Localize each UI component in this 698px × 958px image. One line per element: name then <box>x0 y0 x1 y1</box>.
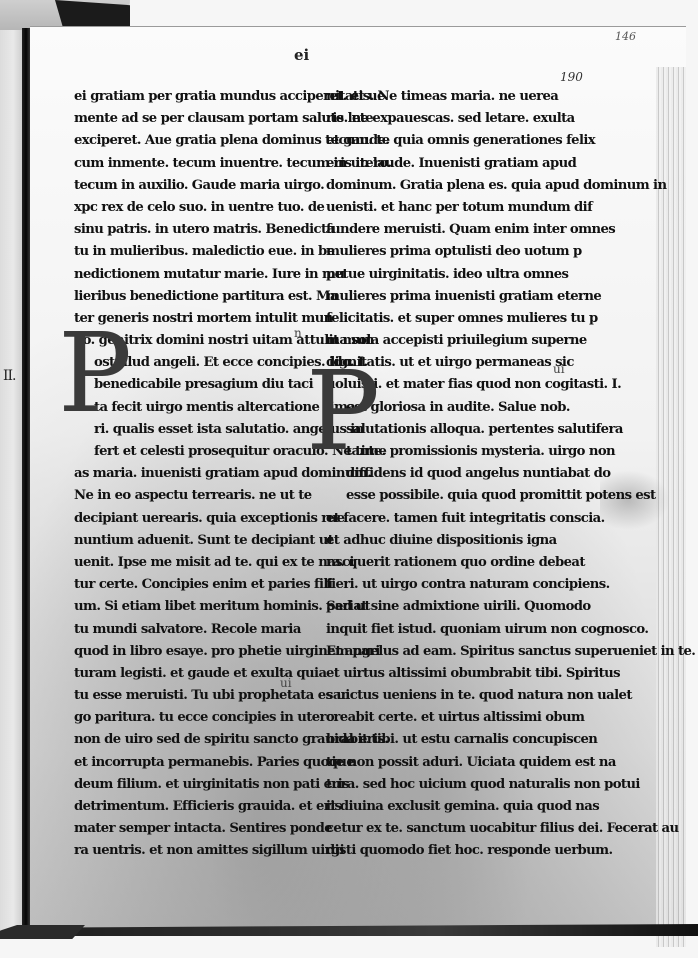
text-line: cetur ex te. sanctum uocabitur filius de… <box>326 818 550 840</box>
text-line: ris. ne expauescas. sed letare. exulta <box>326 108 550 130</box>
text-line: cum inmente. tecum inuentre. tecum in ut… <box>74 153 296 175</box>
text-line: Ne in eo aspectu terrearis. ne ut te <box>74 485 296 507</box>
text-line: decipiant uerearis. quia exceptionis rue <box>74 508 296 530</box>
decorated-initial-p: P <box>58 318 132 428</box>
text-line: exciperet. Aue gratia plena dominus tecu… <box>74 130 296 152</box>
text-line: tura. sed hoc uicium quod naturalis non … <box>326 774 550 796</box>
text-line: fieri. ut uirgo contra naturam concipien… <box>326 574 550 596</box>
marginal-note: n <box>294 326 302 340</box>
text-line: tie non possit aduri. Uiciata quidem est… <box>326 752 550 774</box>
text-line: as maria. inuenisti gratiam apud dominum… <box>74 463 296 485</box>
text-column-left: ei gratiam per gratia mundus acciperet. … <box>74 86 296 863</box>
text-line: fundere meruisti. Quam enim inter omnes <box>326 219 550 241</box>
facing-page-edge <box>0 30 22 930</box>
text-line: et incorrupta permanebis. Paries quoque <box>74 752 296 774</box>
text-line: brabit tibi. ut estu carnalis concupisce… <box>326 729 550 751</box>
text-line: fert et celesti prosequitur oraculo. Ne … <box>74 441 296 463</box>
pencil-foliation: 190 <box>560 70 583 84</box>
text-line: it diuina exclusit gemina. quia quod nas <box>326 796 550 818</box>
text-line: tu mundi salvatore. Recole maria <box>74 619 296 641</box>
text-line: tu in mulieribus. maledictio eue. in be <box>74 241 296 263</box>
text-line: um. Si etiam libet meritum hominis. Sed … <box>74 596 296 618</box>
text-line: Et angelus ad eam. Spiritus sanctus supe… <box>326 641 550 663</box>
text-line: mulieres prima optulisti deo uotum p <box>326 241 550 263</box>
text-line: disti quomodo fiet hoc. responde uerbum. <box>326 840 550 862</box>
text-line: go paritura. tu ecce concipies in utero. <box>74 707 296 729</box>
text-line: sinu patris. in utero matris. Benedicta <box>74 219 296 241</box>
text-line: nuntium aduenit. Sunt te decipiant ut <box>74 530 296 552</box>
text-line: eris in laude. Inuenisti gratiam apud <box>326 153 550 175</box>
text-line: felicitatis. et super omnes mulieres tu … <box>326 308 550 330</box>
text-line: turam legisti. et gaude et exulta quia <box>74 663 296 685</box>
text-line: pariat sine admixtione uirili. Quomodo <box>326 596 550 618</box>
text-line: deum filium. et uirginitatis non pati er… <box>74 774 296 796</box>
text-line: et facere. tamen fuit integritatis consc… <box>326 508 550 530</box>
text-line: et adhuc diuine dispositionis igna <box>326 530 550 552</box>
folio-number: 146 <box>615 30 636 43</box>
text-line: ra. querit rationem quo ordine debeat <box>326 552 550 574</box>
binding-gutter <box>22 28 30 928</box>
text-line: petue uirginitatis. ideo ultra omnes <box>326 264 550 286</box>
text-line: non de uiro sed de spiritu sancto grauid… <box>74 729 296 751</box>
text-line: mente ad se per clausam portam salute le… <box>74 108 296 130</box>
text-line: tu esse meruisti. Tu ubi prophetata es u… <box>74 685 296 707</box>
text-line: uenisti. et hanc per totum mundum dif <box>326 197 550 219</box>
text-line: lieribus benedictione partitura est. Ma <box>74 286 296 308</box>
facing-page-marginal-numeral: II. <box>3 368 16 384</box>
text-line: ra uentris. et non amittes sigillum uirg… <box>74 840 296 862</box>
text-line: inquit fiet istud. quoniam uirum non cog… <box>326 619 550 641</box>
text-line: et uirtus altissimi obumbrabit tibi. Spi… <box>326 663 550 685</box>
text-line: detrimentum. Efficieris grauida. et eris <box>74 796 296 818</box>
text-line: nitatis. Ne timeas maria. ne uerea <box>326 86 550 108</box>
decorated-initial-p: P <box>306 356 380 466</box>
text-line: quod in libro esaye. pro phetie uirginem… <box>74 641 296 663</box>
text-line: esse possibile. quia quod promittit pote… <box>326 485 550 507</box>
text-line: xpc rex de celo suo. in uentre tuo. de <box>74 197 296 219</box>
text-line: tur certe. Concipies enim et paries fili <box>74 574 296 596</box>
text-line: sanctus ueniens in te. quod natura non u… <box>326 685 550 707</box>
text-line: mater semper intacta. Sentires ponde <box>74 818 296 840</box>
text-line: et gaude. quia omnis generationes felix <box>326 130 550 152</box>
text-line: dominum. Gratia plena es. quia apud domi… <box>326 175 550 197</box>
photograph-scene: II. 146 ei 190 ei gratiam per gratia mun… <box>0 0 698 958</box>
lower-binding-corner <box>0 925 85 939</box>
text-line: nedictionem mutatur marie. Iure in mu <box>74 264 296 286</box>
marginal-note: ui <box>280 676 292 690</box>
text-line: uenit. Ipse me misit ad te. qui ex te na… <box>74 552 296 574</box>
running-head: ei <box>294 46 309 64</box>
text-line: ei gratiam per gratia mundus acciperet. … <box>74 86 296 108</box>
marginal-note: ui <box>553 362 565 376</box>
text-line: mulieres prima inuenisti gratiam eterne <box>326 286 550 308</box>
text-line: tecum in auxilio. Gaude maria uirgo. <box>74 175 296 197</box>
text-line: creabit certe. et uirtus altissimi obum <box>326 707 550 729</box>
